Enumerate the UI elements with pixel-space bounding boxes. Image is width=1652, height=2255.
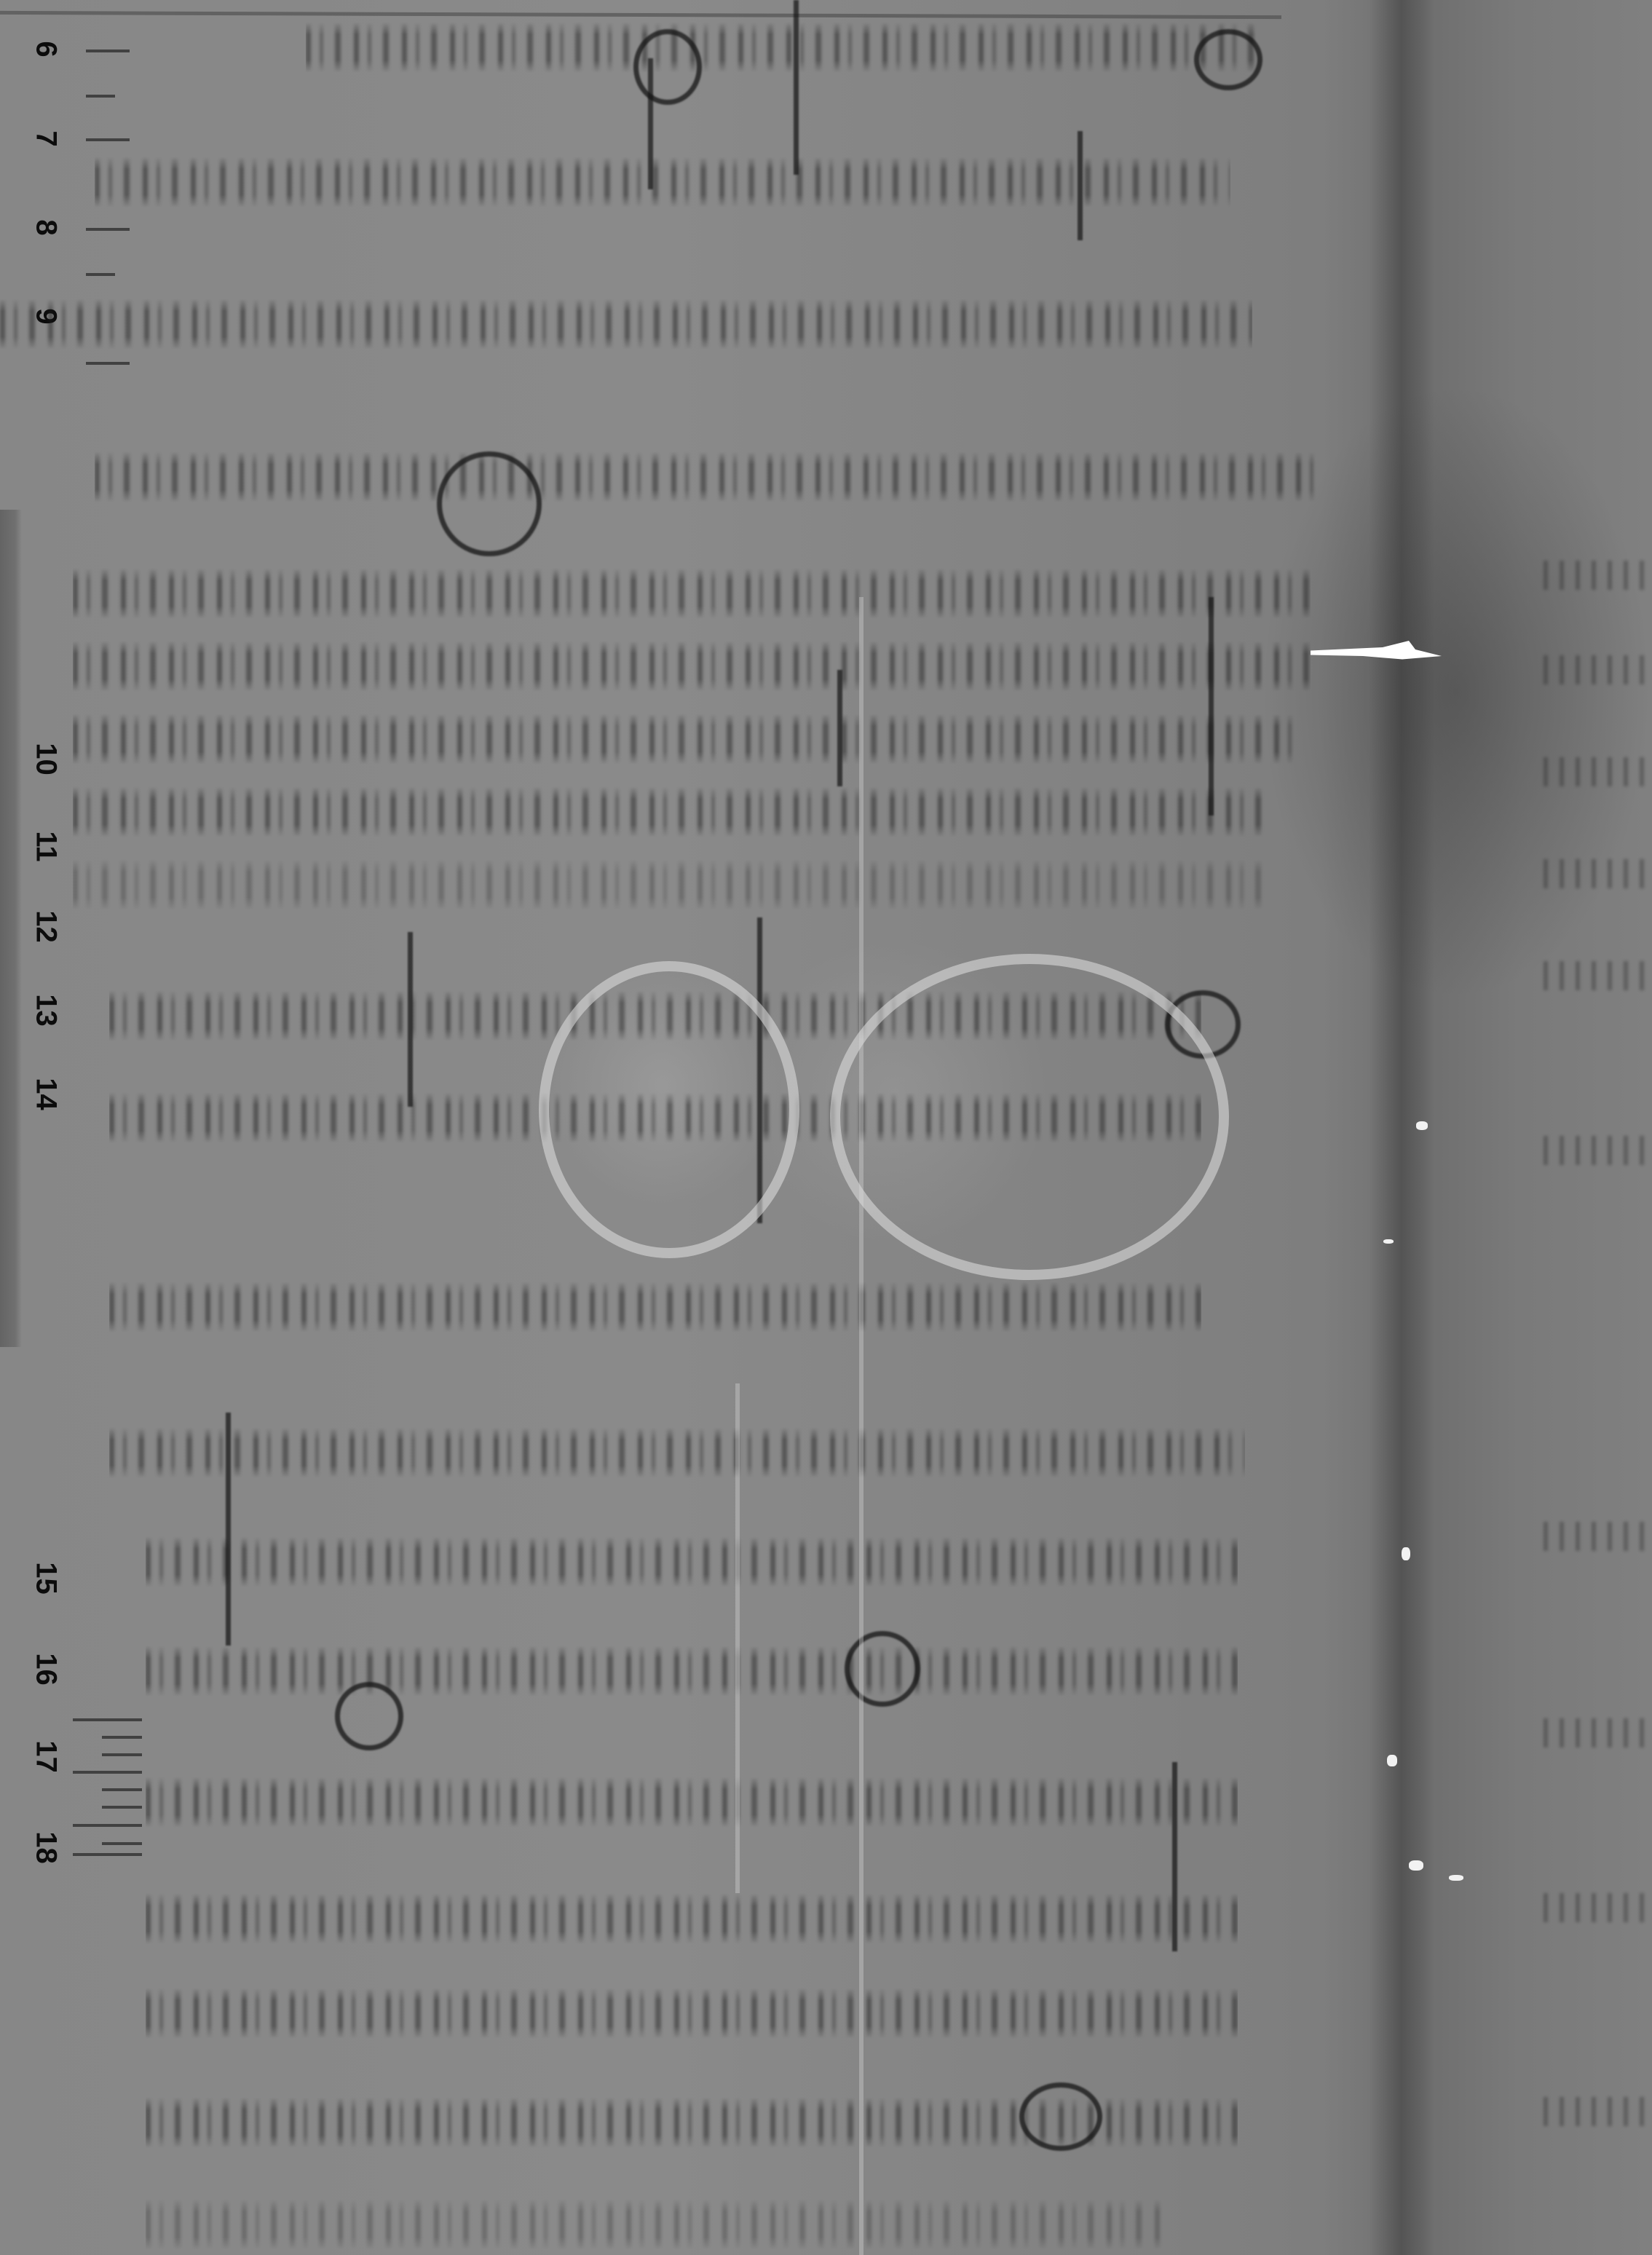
ruler-label-15: 15 [30, 1553, 63, 1604]
ruler-label-14: 14 [30, 1069, 63, 1120]
ruler-label-17: 17 [30, 1731, 63, 1782]
ruler-label-10: 10 [30, 734, 63, 785]
ruler-edge [0, 510, 22, 1347]
ruler-label-11: 11 [30, 821, 63, 872]
ruler-label-18: 18 [30, 1822, 63, 1873]
ruler-label-16: 16 [30, 1644, 63, 1695]
ruler-label-8: 8 [30, 202, 63, 253]
ruler-label-13: 13 [30, 985, 63, 1036]
top-ruled-line [0, 11, 1281, 19]
ruler-label-6: 6 [30, 24, 63, 75]
ruler-label-12: 12 [30, 901, 63, 952]
ruler-label-7: 7 [30, 114, 63, 165]
manuscript-photo: 6 7 8 9 10 11 12 13 14 15 16 17 18 [0, 0, 1652, 2255]
